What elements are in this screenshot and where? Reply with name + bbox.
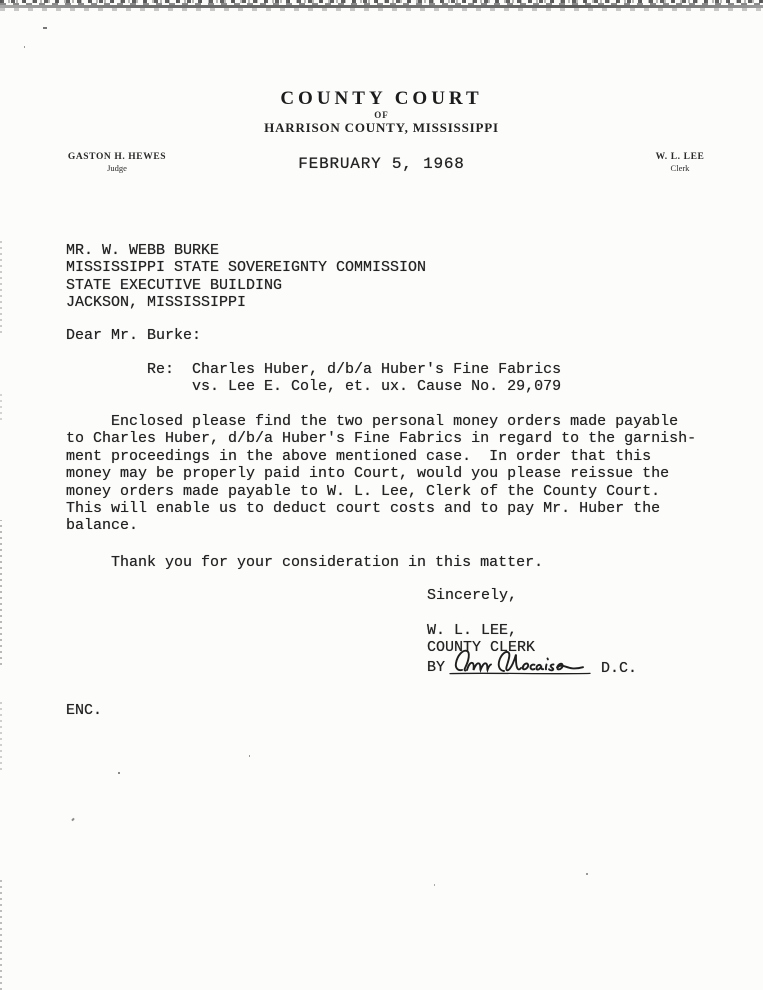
- enclosure-note: ENC.: [66, 702, 102, 719]
- clerk-block: W. L. LEE Clerk: [630, 152, 730, 173]
- scan-noise-top: [0, 8, 763, 11]
- scan-speck: [586, 873, 588, 875]
- scan-speck: [434, 884, 435, 886]
- handwritten-signature: [449, 641, 599, 679]
- letterhead-county-line: HARRISON COUNTY, MISSISSIPPI: [0, 120, 763, 136]
- scan-noise-left: [0, 878, 2, 990]
- re-subject-lines: Re: Charles Huber, d/b/a Huber's Fine Fa…: [66, 361, 561, 396]
- scan-speck: [118, 772, 120, 774]
- by-label: BY: [427, 659, 445, 676]
- scan-noise-left: [0, 520, 2, 665]
- body-paragraph: Enclosed please find the two personal mo…: [66, 413, 696, 535]
- scan-speck: [43, 27, 47, 29]
- scan-speck: [249, 755, 250, 757]
- scan-noise-left: [0, 238, 2, 333]
- letterhead-of: OF: [0, 110, 763, 120]
- scan-speck: [71, 818, 74, 822]
- clerk-title: Clerk: [630, 163, 730, 173]
- recipient-address: MR. W. WEBB BURKE MISSISSIPPI STATE SOVE…: [66, 242, 426, 312]
- thanks-line: Thank you for your consideration in this…: [66, 554, 543, 571]
- scan-noise-left: [0, 700, 2, 770]
- scan-noise-left: [0, 392, 2, 420]
- letterhead-court-title: COUNTY COURT: [0, 88, 763, 110]
- signature-suffix: D.C.: [601, 660, 637, 677]
- scanned-letter-page: COUNTY COURT OF HARRISON COUNTY, MISSISS…: [0, 0, 763, 990]
- scan-speck: [24, 46, 25, 48]
- clerk-name: W. L. LEE: [630, 152, 730, 162]
- salutation: Dear Mr. Burke:: [66, 327, 201, 344]
